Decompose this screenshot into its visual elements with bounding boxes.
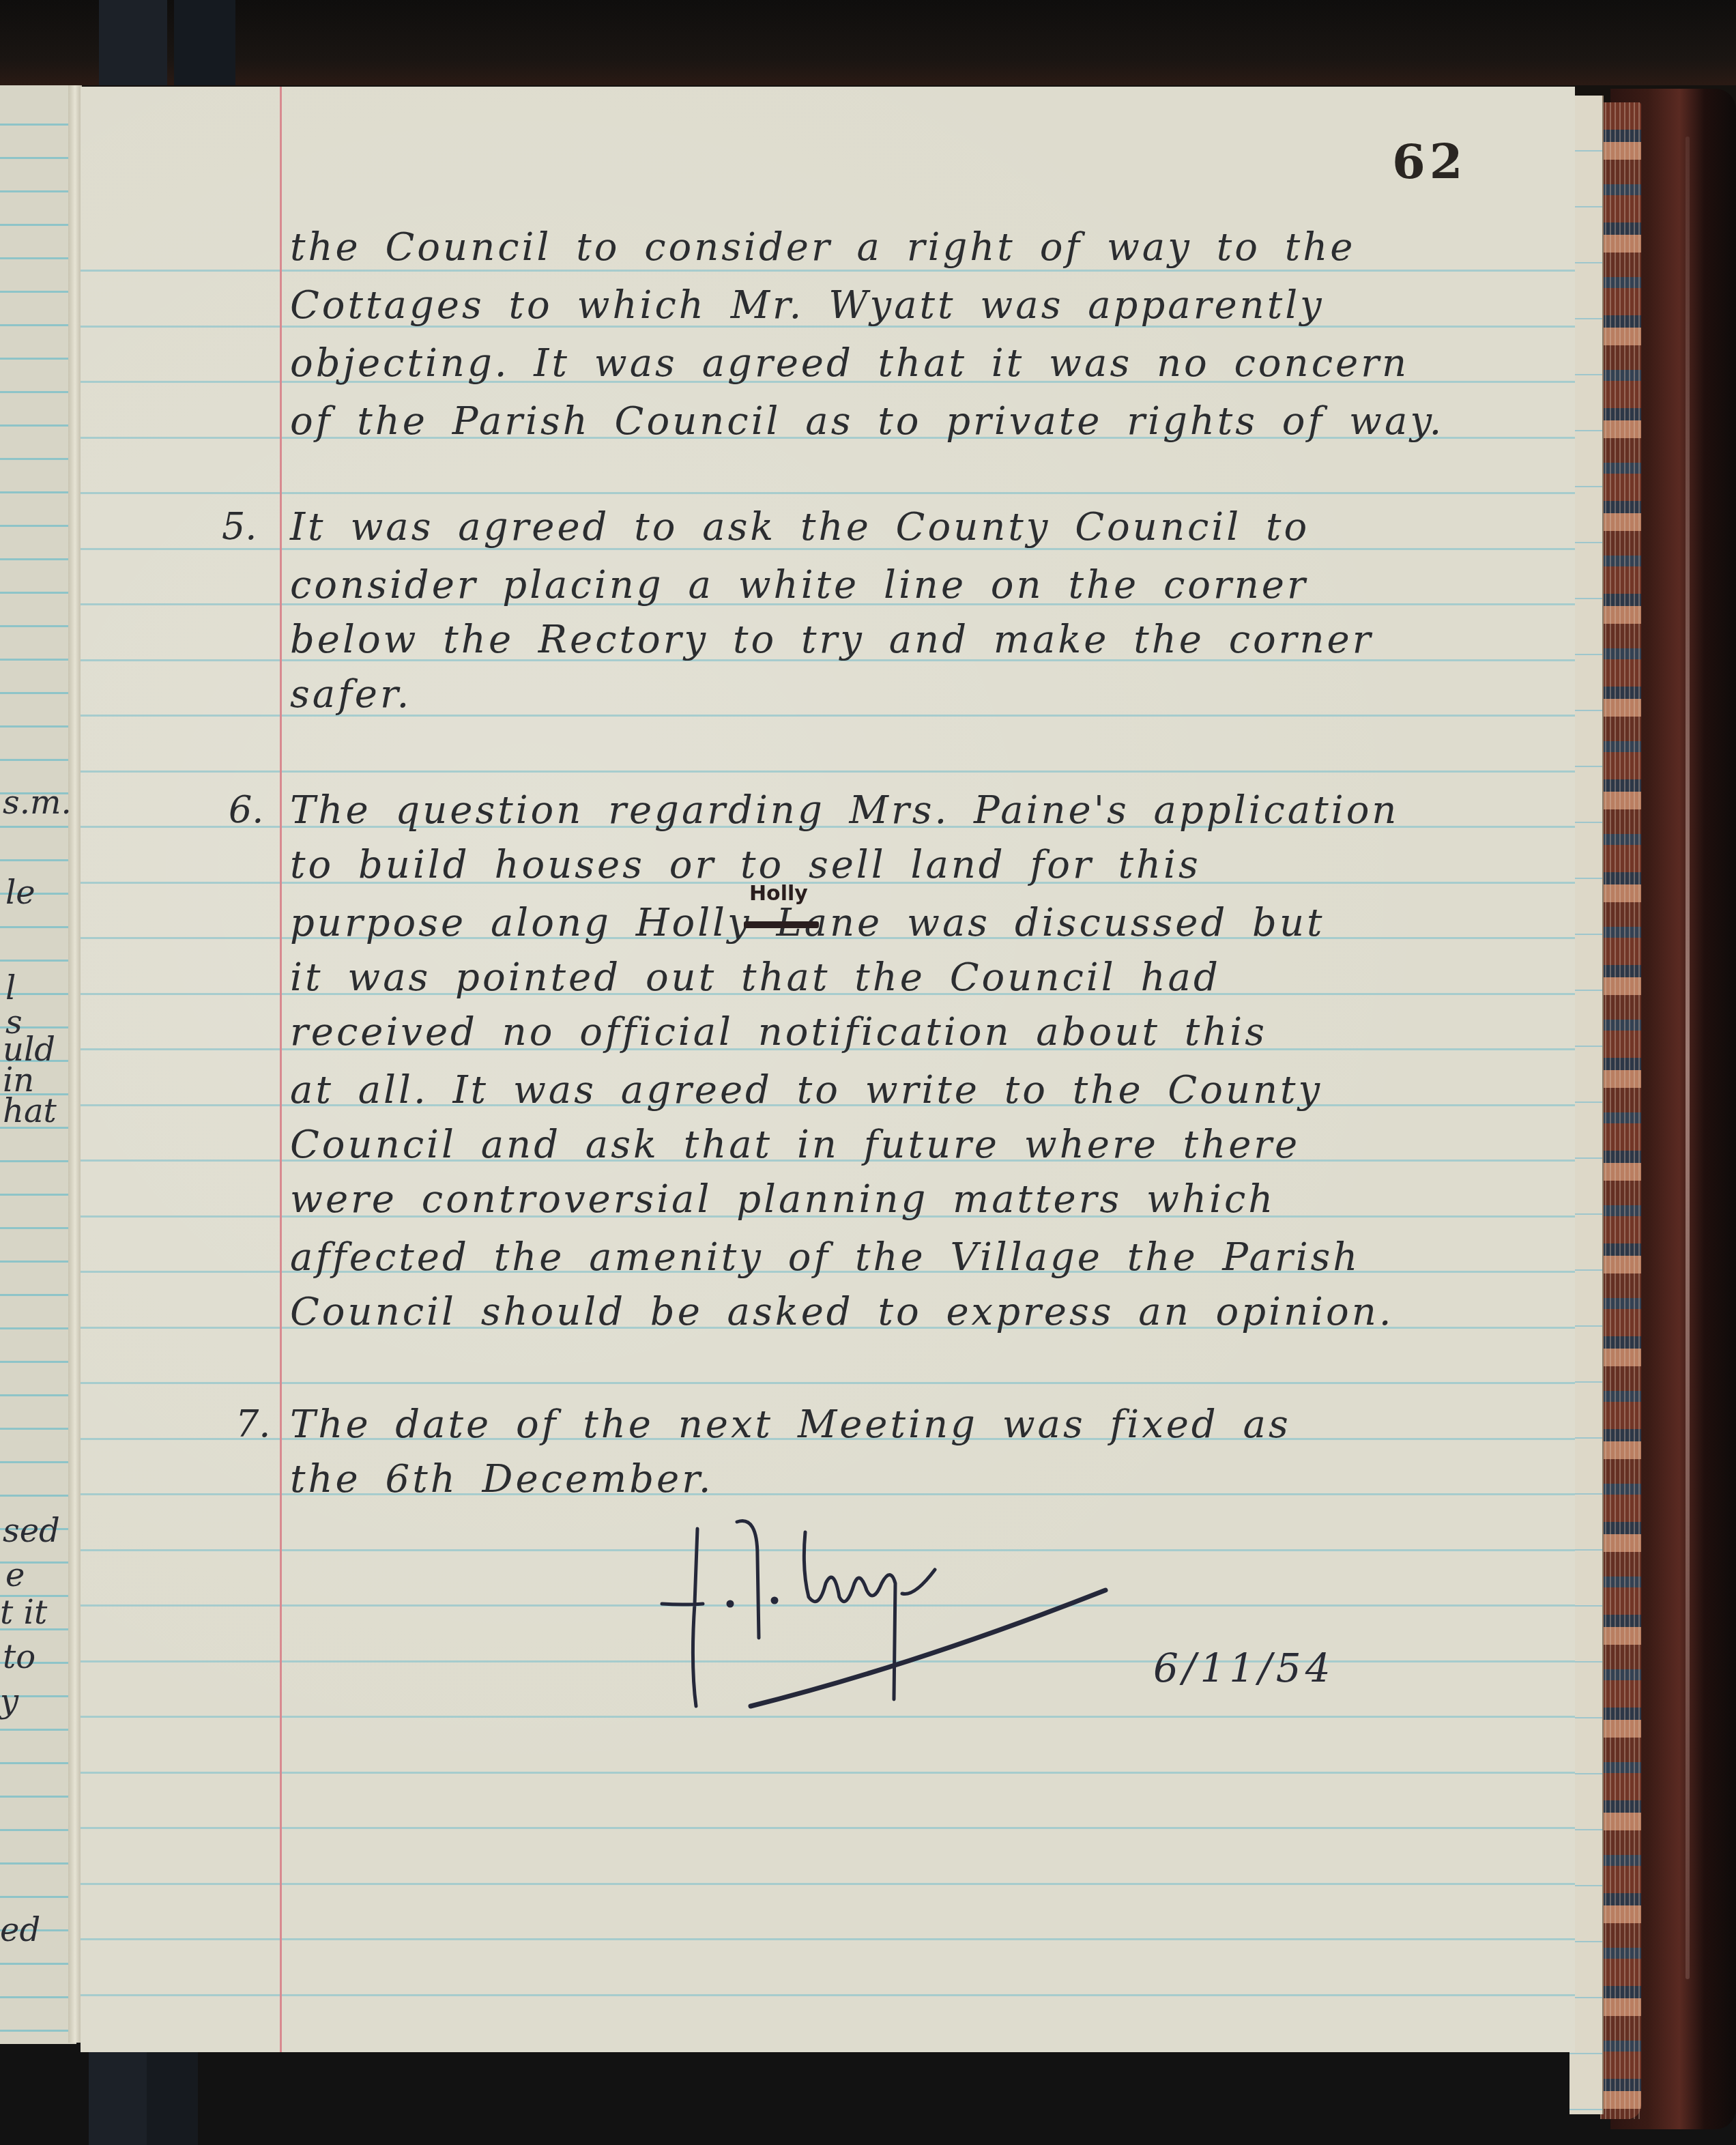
- ruled-line: [81, 270, 1575, 272]
- left-page-fragment: hat: [3, 1092, 57, 1130]
- spine-band: [174, 0, 235, 85]
- spine-band: [99, 0, 167, 85]
- handwritten-line: received no official notification about …: [290, 1010, 1267, 1054]
- cover-highlight: [1686, 136, 1690, 1979]
- strikethrough: [744, 921, 819, 928]
- handwritten-line: safer.: [290, 672, 411, 717]
- ruled-line: [81, 1883, 1575, 1885]
- handwritten-line: of the Parish Council as to private righ…: [290, 399, 1444, 444]
- handwritten-line: the 6th December.: [290, 1457, 714, 1501]
- inserted-correction: Holly: [749, 882, 808, 906]
- handwritten-line: were controversial planning matters whic…: [290, 1177, 1275, 1222]
- ruled-line: [81, 1772, 1575, 1774]
- book-cover-top: [0, 0, 1736, 85]
- left-page-fragment: le: [5, 874, 35, 912]
- left-page-fragment: e: [5, 1556, 25, 1594]
- handwritten-line: It was agreed to ask the County Council …: [290, 505, 1310, 549]
- ruled-line: [81, 771, 1575, 773]
- book-cover-bottom: [0, 2042, 1736, 2145]
- signature-date: 6/11/54: [1153, 1645, 1335, 1691]
- spine-band: [147, 2047, 198, 2145]
- marbled-page-edges: [1600, 102, 1641, 2119]
- handwritten-line: objecting. It was agreed that it was no …: [290, 341, 1409, 386]
- handwritten-line: consider placing a white line on the cor…: [290, 563, 1308, 607]
- ruled-line: [81, 1938, 1575, 1940]
- left-page-fragment: t it: [0, 1594, 47, 1632]
- handwritten-line: The date of the next Meeting was fixed a…: [290, 1402, 1291, 1447]
- handwritten-line: below the Rectory to try and make the co…: [290, 618, 1373, 662]
- left-page-fragment: l: [5, 969, 16, 1007]
- book-gutter: [68, 85, 82, 2043]
- handwritten-line: it was pointed out that the Council had: [290, 955, 1221, 1000]
- page-number: 62: [1392, 133, 1466, 190]
- left-page-fragment: sed: [3, 1512, 60, 1550]
- handwritten-line: affected the amenity of the Village the …: [290, 1235, 1360, 1280]
- handwritten-line: Cottages to which Mr. Wyatt was apparent…: [290, 283, 1325, 328]
- handwritten-line: Council and ask that in future where the…: [290, 1123, 1300, 1167]
- left-page-fragment: to: [3, 1638, 35, 1676]
- item-number: 6.: [229, 788, 264, 831]
- handwritten-line: Council should be asked to express an op…: [290, 1290, 1394, 1334]
- handwritten-line: at all. It was agreed to write to the Co…: [290, 1068, 1322, 1112]
- ruled-line: [81, 1827, 1575, 1829]
- margin-line: [280, 87, 282, 2052]
- ruled-line: [81, 1382, 1575, 1384]
- handwritten-line: to build houses or to sell land for this: [290, 843, 1201, 887]
- left-page-fragment: s.m.: [3, 783, 72, 822]
- item-number: 5.: [222, 505, 257, 548]
- handwritten-line: The question regarding Mrs. Paine's appl…: [290, 788, 1399, 833]
- spine-band: [89, 2047, 147, 2145]
- ruled-line: [81, 492, 1575, 494]
- item-number: 7.: [235, 1402, 271, 1445]
- ruled-line: [81, 1994, 1575, 1996]
- left-page-fragment: y: [0, 1682, 18, 1721]
- left-page-fragment: ed: [0, 1911, 40, 1949]
- handwritten-line: the Council to consider a right of way t…: [290, 225, 1355, 270]
